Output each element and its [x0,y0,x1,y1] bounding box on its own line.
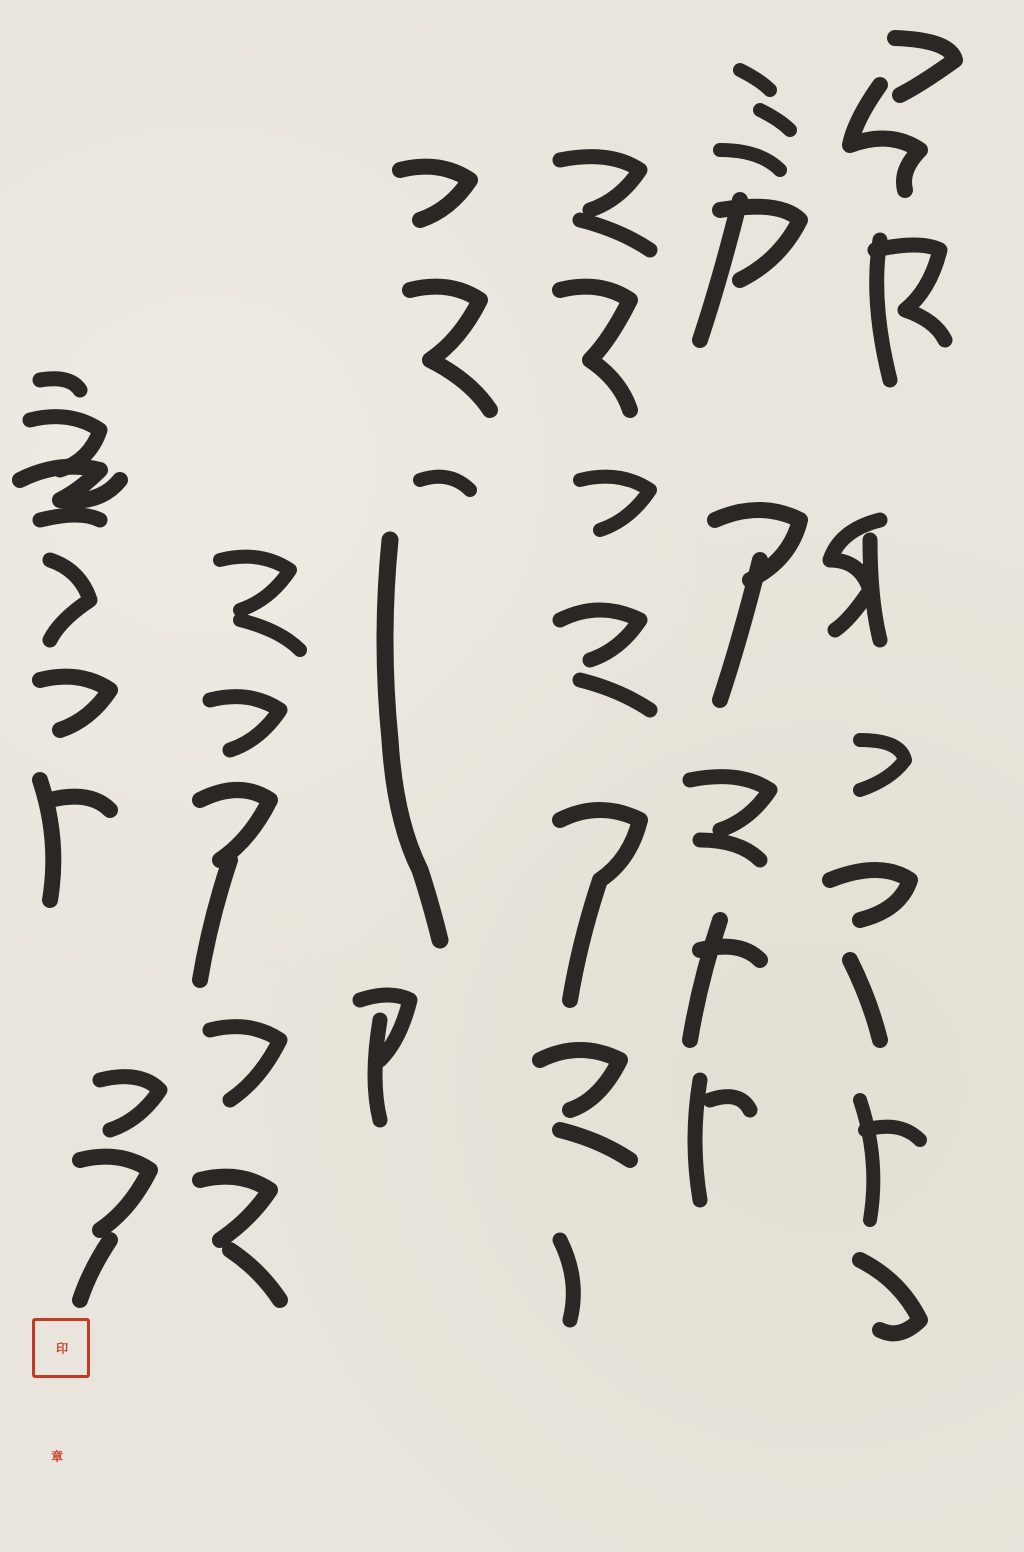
calligraphy-paper: 印 章 [0,0,1024,1552]
seal-glyph: 印 [54,1342,67,1355]
column-3 [540,157,650,1320]
seal-glyph: 章 [49,1450,62,1463]
column-5 [200,557,300,1300]
calligraphy-strokes [0,0,1024,1552]
column-4 [360,167,490,1120]
column-1 [830,38,955,1333]
column-6 [20,379,160,1300]
irregular-seal: 章 [34,1425,78,1487]
square-seal: 印 [32,1318,90,1378]
column-2 [690,70,800,1200]
